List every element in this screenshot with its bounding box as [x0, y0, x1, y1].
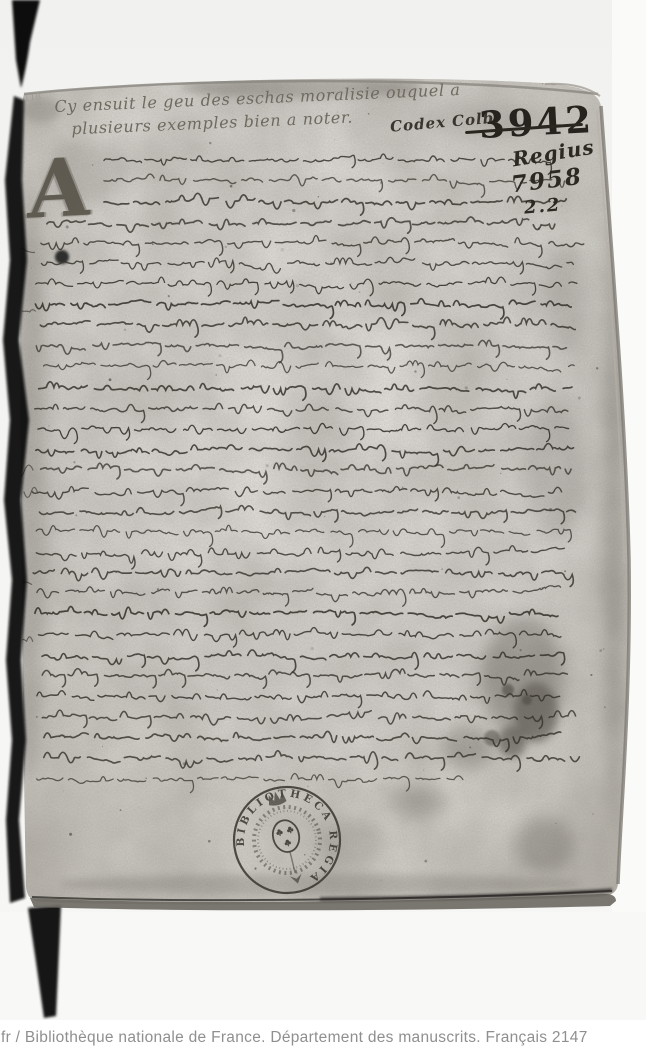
speckle	[424, 860, 427, 863]
speckle	[209, 142, 211, 144]
speckle	[592, 813, 594, 815]
speckle	[603, 648, 605, 650]
speckle	[549, 508, 552, 511]
speckle	[604, 706, 605, 707]
speckle	[168, 295, 170, 297]
speckle	[124, 328, 127, 331]
speckle	[423, 769, 424, 770]
speckle	[507, 379, 508, 380]
speckle	[441, 568, 443, 570]
speckle	[380, 879, 381, 880]
speckle	[350, 283, 352, 285]
speckle	[92, 164, 94, 166]
speckle	[382, 163, 383, 164]
speckle	[596, 367, 598, 369]
speckle	[542, 587, 543, 588]
speckle	[36, 716, 38, 718]
speckle	[568, 474, 569, 475]
speckle	[52, 251, 53, 252]
speckle	[520, 649, 522, 651]
speckle	[254, 867, 256, 869]
speckle	[304, 854, 305, 855]
pencil-folio-mark: 118	[24, 92, 42, 104]
speckle	[324, 516, 325, 517]
speckle	[500, 473, 501, 474]
decorated-initial: A	[27, 146, 90, 229]
speckle	[497, 514, 498, 515]
speckle	[160, 589, 161, 590]
speckle	[145, 778, 147, 780]
speckle	[574, 320, 575, 321]
speckle	[281, 248, 284, 251]
speckle	[310, 647, 313, 650]
speckle	[296, 284, 299, 287]
speckle	[330, 262, 333, 265]
speckle	[109, 378, 112, 381]
speckle	[599, 649, 602, 652]
speckle	[73, 461, 75, 463]
speckle	[538, 227, 541, 230]
top-clasp-strap	[12, 0, 40, 88]
source-caption: fr / Bibliothèque nationale de France. D…	[1, 1029, 588, 1047]
manuscript-photo: BIBLIOTHECA REGIA Cy ensuit le geu des e…	[0, 0, 646, 1054]
speckle	[102, 746, 103, 747]
speckle	[48, 425, 49, 426]
speckle	[63, 790, 65, 792]
speckle	[292, 209, 295, 212]
speckle	[318, 196, 320, 198]
speckle	[183, 762, 186, 765]
speckle	[75, 514, 77, 516]
speckle	[359, 291, 361, 293]
speckle	[208, 286, 209, 287]
bottom-clasp-strap	[28, 905, 61, 1018]
speckle	[134, 430, 136, 432]
speckle	[457, 496, 460, 499]
speckle	[564, 570, 566, 572]
speckle	[252, 573, 253, 574]
speckle	[469, 746, 471, 748]
speckle	[334, 139, 335, 140]
speckle	[85, 302, 88, 305]
speckle	[578, 397, 581, 400]
speckle	[208, 840, 211, 843]
regius-shelfmark-part: 2.2	[523, 194, 562, 218]
speckle	[192, 191, 193, 192]
speckle	[307, 786, 308, 787]
speckle	[216, 689, 218, 691]
speckle	[380, 181, 382, 183]
speckle	[230, 185, 233, 188]
speckle	[414, 370, 416, 372]
speckle	[225, 246, 228, 249]
speckle	[69, 833, 72, 836]
speckle	[590, 674, 592, 676]
speckle	[152, 243, 154, 245]
speckle	[555, 823, 556, 824]
caption-bar: fr / Bibliothèque nationale de France. D…	[0, 1020, 646, 1054]
speckle	[465, 386, 468, 389]
speckle	[120, 809, 122, 811]
speckle	[266, 464, 269, 467]
speckle	[157, 588, 159, 590]
speckle	[218, 354, 221, 357]
speckle	[402, 487, 403, 488]
speckle	[215, 374, 217, 376]
speckle	[31, 268, 32, 269]
